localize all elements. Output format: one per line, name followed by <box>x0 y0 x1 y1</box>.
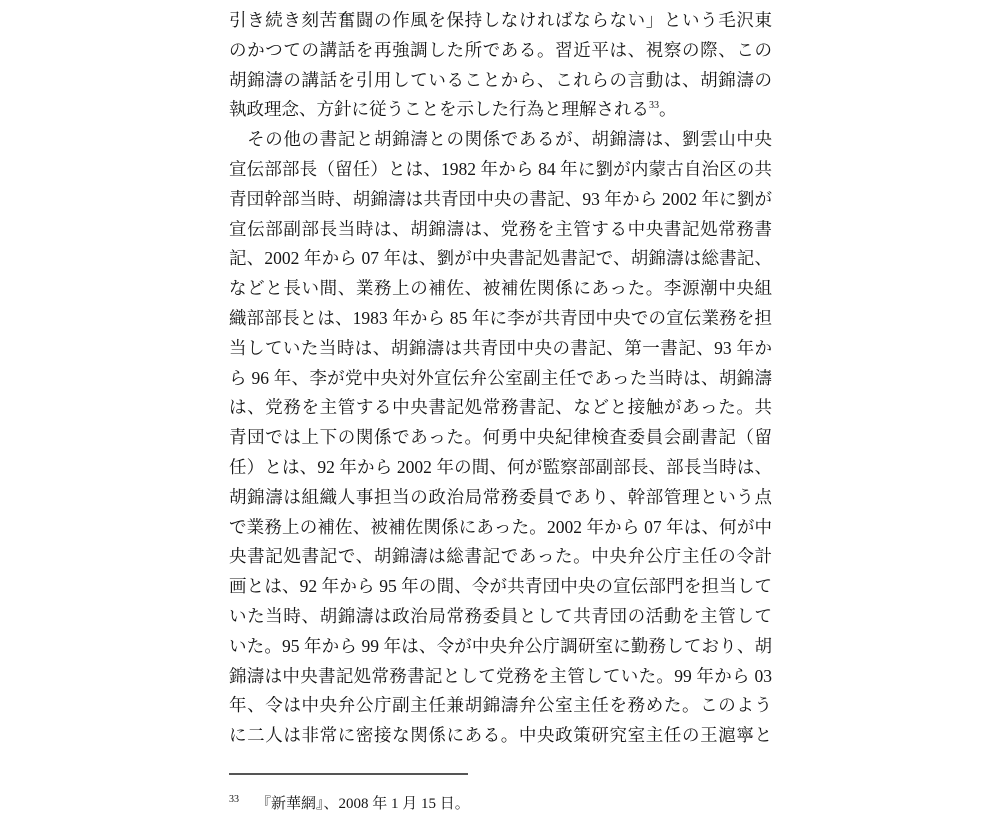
text-line: のかつての講話を再強調した所である。習近平は、視察の際、この <box>229 36 772 66</box>
text-line: 胡錦濤の講話を引用していることから、これらの言動は、胡錦濤の <box>229 66 772 96</box>
footnote-marker: 33 <box>229 794 239 805</box>
text-line: 央書記処書記で、胡錦濤は総書記であった。中央弁公庁主任の令計 <box>229 542 772 572</box>
text-line: に二人は非常に密接な関係にある。中央政策研究室主任の王滬寧と <box>229 721 772 751</box>
text-line: いた。95 年から 99 年は、令が中央弁公庁調研室に勤務しており、胡 <box>229 632 772 662</box>
text-line: は、党務を主管する中央書記処常務書記、などと接触があった。共 <box>229 393 772 423</box>
footnote-text: 『新華網』、2008 年 1 月 15 日。 <box>256 796 470 812</box>
text-line: ら 96 年、李が党中央対外宣伝弁公室副主任であった当時は、胡錦濤 <box>229 364 772 394</box>
footnote-separator <box>229 773 468 775</box>
text-line: 胡錦濤は組織人事担当の政治局常務委員であり、幹部管理という点 <box>229 483 772 513</box>
text-line: 錦濤は中央書記処常務書記として党務を主管していた。99 年から 03 <box>229 662 772 692</box>
document-page: 引き続き刻苦奮闘の作風を保持しなければならない」という毛沢東のかつての講話を再強… <box>0 0 984 820</box>
text-line: その他の書記と胡錦濤との関係であるが、胡錦濤は、劉雲山中央 <box>229 125 772 155</box>
text-line: 記、2002 年から 07 年は、劉が中央書記処書記で、胡錦濤は総書記、 <box>229 244 772 274</box>
text-line: 宣伝部部長（留任）とは、1982 年から 84 年に劉が内蒙古自治区の共 <box>229 155 772 185</box>
text-line: 当していた当時は、胡錦濤は共青団中央の書記、第一書記、93 年か <box>229 334 772 364</box>
text-line: で業務上の補佐、被補佐関係にあった。2002 年から 07 年は、何が中 <box>229 513 772 543</box>
text-line: 織部部長とは、1983 年から 85 年に李が共青団中央での宣伝業務を担 <box>229 304 772 334</box>
footnote: 33『新華網』、2008 年 1 月 15 日。 <box>229 790 772 814</box>
text-line: 引き続き刻苦奮闘の作風を保持しなければならない」という毛沢東 <box>229 6 772 36</box>
text-line: などと長い間、業務上の補佐、被補佐関係にあった。李源潮中央組 <box>229 274 772 304</box>
footnote-reference: 33 <box>649 100 659 111</box>
text-line: 青団では上下の関係であった。何勇中央紀律検査委員会副書記（留 <box>229 423 772 453</box>
text-line: 画とは、92 年から 95 年の間、令が共青団中央の宣伝部門を担当して <box>229 572 772 602</box>
text-line: 任）とは、92 年から 2002 年の間、何が監察部副部長、部長当時は、 <box>229 453 772 483</box>
text-line: いた当時、胡錦濤は政治局常務委員として共青団の活動を主管して <box>229 602 772 632</box>
text-line: 青団幹部当時、胡錦濤は共青団中央の書記、93 年から 2002 年に劉が <box>229 185 772 215</box>
body-text: 引き続き刻苦奮闘の作風を保持しなければならない」という毛沢東のかつての講話を再強… <box>229 6 772 751</box>
text-line: 宣伝部副部長当時は、胡錦濤は、党務を主管する中央書記処常務書 <box>229 215 772 245</box>
text-line: 執政理念、方針に従うことを示した行為と理解される33。 <box>229 95 772 125</box>
text-line: 年、令は中央弁公庁副主任兼胡錦濤弁公室主任を務めた。このよう <box>229 691 772 721</box>
